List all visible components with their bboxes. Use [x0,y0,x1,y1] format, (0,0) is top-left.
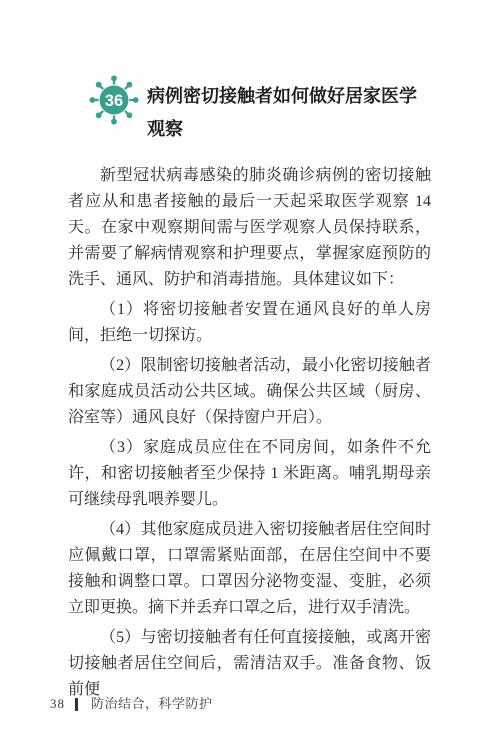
section-header: 36 病例密切接触者如何做好居家医学观察 [88,80,500,146]
footer-separator [75,698,78,711]
page-title: 病例密切接触者如何做好居家医学观察 [147,80,431,146]
footer-slogan: 防治结合，科学防护 [91,695,213,713]
list-item-4: （4）其他家庭成员进入密切接触者居住空间时应佩戴口罩，口罩需紧贴面部，在居住空间… [68,517,431,621]
page-number: 38 [50,695,65,713]
list-item-5: （5）与密切接触者有任何直接接触，或离开密切接触者居住空间后，需清洁双手。准备食… [68,625,431,703]
list-item-1: （1）将密切接触者安置在通风良好的单人房间，拒绝一切探访。 [68,297,431,349]
book-page: 36 病例密切接触者如何做好居家医学观察 新型冠状病毒感染的肺炎确诊病例的密切接… [0,0,500,750]
intro-paragraph: 新型冠状病毒感染的肺炎确诊病例的密切接触者应从和患者接触的最后一天起采取医学观察… [68,163,431,293]
list-item-2: （2）限制密切接触者活动，最小化密切接触者和家庭成员活动公共区域。确保公共区域（… [68,353,431,431]
list-item-3: （3）家庭成员应住在不同房间，如条件不允许，和密切接触者至少保持 1 米距离。哺… [68,435,431,513]
page-content: 新型冠状病毒感染的肺炎确诊病例的密切接触者应从和患者接触的最后一天起采取医学观察… [68,163,431,703]
badge-number: 36 [105,92,123,110]
virus-icon: 36 [88,74,140,126]
page-footer: 38 防治结合，科学防护 [50,695,213,713]
